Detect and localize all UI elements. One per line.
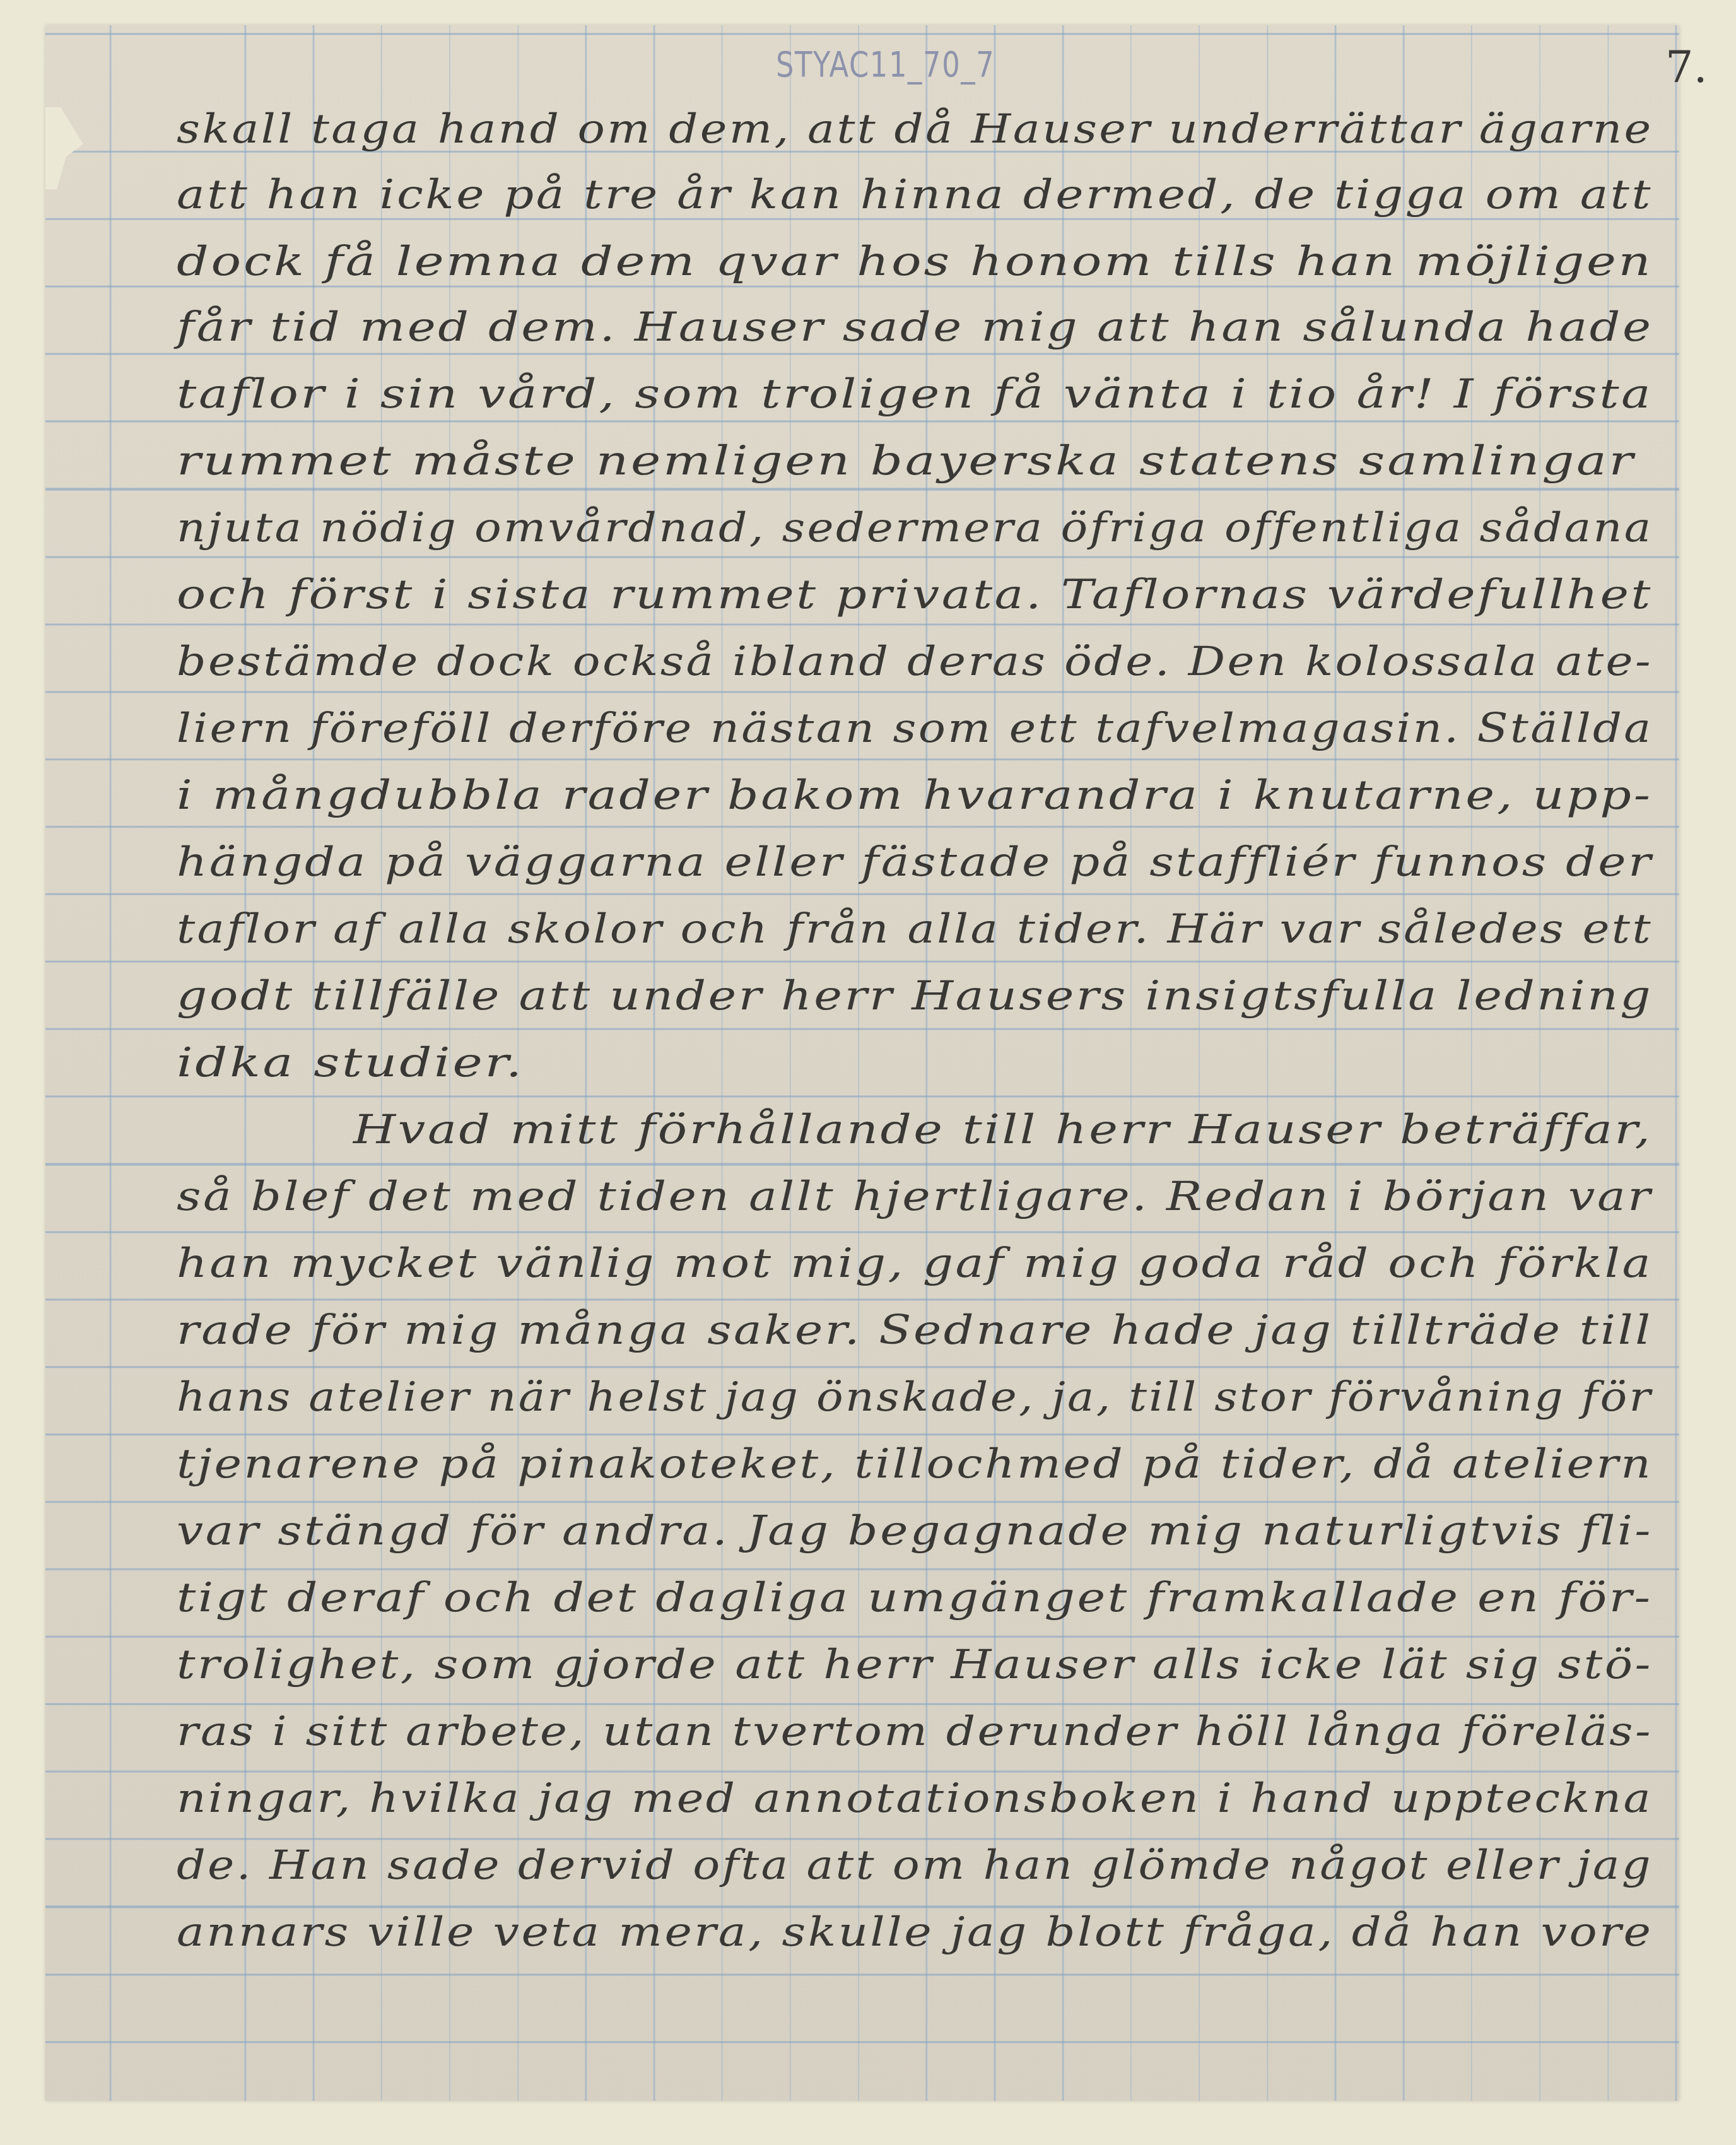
text-line-17: så blef det med tiden allt hjertligare. … — [177, 1173, 1653, 1220]
text-line-1: skall taga hand om dem, att då Hauser un… — [177, 106, 1653, 153]
text-line-11: i mångdubbla rader bakom hvarandra i knu… — [177, 772, 1652, 819]
text-line-28: annars ville veta mera, skulle jag blott… — [177, 1909, 1653, 1956]
text-line-22: var stängd för andra. Jag begagnade mig … — [177, 1508, 1653, 1554]
text-line-4: får tid med dem. Hauser sade mig att han… — [177, 304, 1653, 351]
text-line-25: ras i sitt arbete, utan tvertom derunder… — [177, 1708, 1653, 1755]
text-line-19: rade för mig många saker. Sednare hade j… — [177, 1307, 1653, 1354]
handwritten-text: skall taga hand om dem, att då Hauser un… — [0, 0, 1736, 2145]
text-line-15: idka studier. — [177, 1040, 524, 1086]
text-line-20: hans atelier när helst jag önskade, ja, … — [177, 1374, 1653, 1421]
text-line-5: taflor i sin vård, som troligen få vänta… — [177, 371, 1653, 418]
text-line-26: ningar, hvilka jag med annotationsboken … — [177, 1775, 1653, 1822]
text-line-3: dock få lemna dem qvar hos honom tills h… — [177, 238, 1653, 285]
text-line-6: rummet måste nemligen bayerska statens s… — [177, 438, 1636, 485]
text-line-12: hängda på väggarna eller fästade på staf… — [177, 839, 1653, 886]
text-line-14: godt tillfälle att under herr Hausers in… — [177, 973, 1653, 1020]
text-line-2: att han icke på tre år kan hinna dermed,… — [177, 172, 1653, 218]
text-line-13: taflor af alla skolor och från alla tide… — [177, 906, 1653, 953]
text-line-23: tigt deraf och det dagliga umgänget fram… — [177, 1575, 1652, 1621]
text-line-10: liern föreföll derföre nästan som ett ta… — [177, 705, 1653, 752]
text-line-7: njuta nödig omvårdnad, sedermera öfriga … — [177, 505, 1653, 551]
text-line-24: trolighet, som gjorde att herr Hauser al… — [177, 1642, 1653, 1688]
text-line-9: bestämde dock också ibland deras öde. De… — [177, 638, 1653, 685]
text-line-18: han mycket vänlig mot mig, gaf mig goda … — [177, 1240, 1653, 1287]
text-line-8: och först i sista rummet privata. Taflor… — [177, 572, 1653, 618]
text-line-27: de. Han sade dervid ofta att om han glöm… — [177, 1842, 1653, 1889]
text-line-16: Hvad mitt förhållande till herr Hauser b… — [353, 1107, 1653, 1153]
text-line-21: tjenarene på pinakoteket, tillochmed på … — [177, 1441, 1653, 1488]
